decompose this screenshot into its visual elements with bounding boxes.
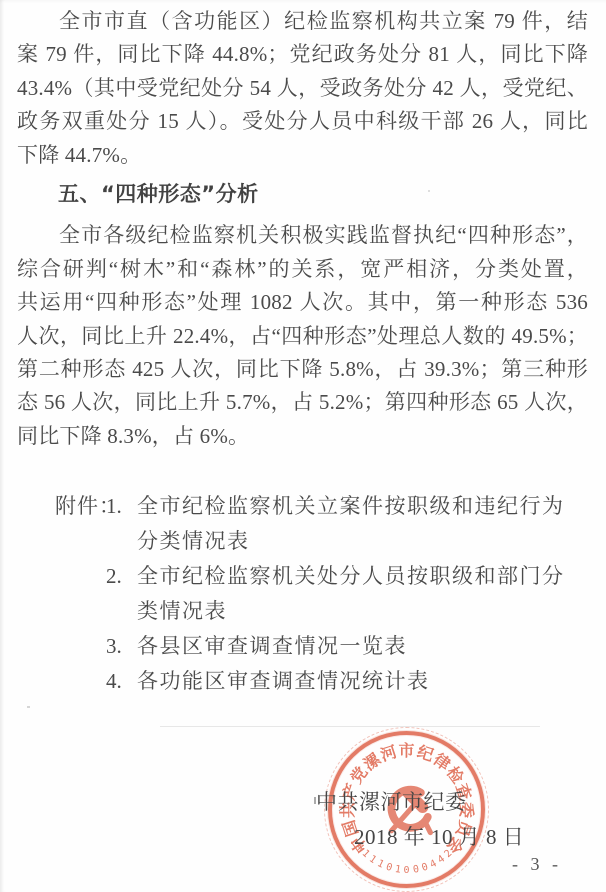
attachment-title: 全市纪检监察机关处分人员按职级和部门分 (137, 559, 588, 594)
paragraph-line: 政务双重处分 15 人）。受处分人员中科级干部 26 人，同比 (17, 105, 588, 138)
section-heading: 五、“四种形态”分析 (17, 178, 588, 211)
attachment-title: 各县区审查调查情况一览表 (137, 629, 588, 664)
paragraph-line: 案 79 件，同比下降 44.8%；党纪政务处分 81 人，同比下降 (17, 38, 588, 71)
paragraph-line: 人次，同比上升 22.4%，占“四种形态”处理总人数的 49.5%； (17, 320, 588, 353)
scan-speck (428, 190, 430, 192)
attachment-row: 附件： 1. 全市纪检监察机关立案件按职级和违纪行为 (17, 489, 588, 524)
attachments-list: 附件： 1. 全市纪检监察机关立案件按职级和违纪行为 分类情况表 2. 全市纪检… (17, 489, 588, 699)
paragraph-line: 综合研判“树木”和“森林”的关系，宽严相济，分类处置， (17, 253, 588, 286)
attachment-row: 4. 各功能区审查调查情况统计表 (17, 664, 588, 699)
attachment-row: 2. 全市纪检监察机关处分人员按职级和部门分 (17, 559, 588, 594)
paragraph-line: 态 56 人次，同比上升 5.7%，占 5.2%；第四种形态 65 人次， (17, 386, 588, 419)
attachment-number: 3. (106, 629, 137, 664)
issuing-authority: 中共漯河市纪委 (316, 787, 467, 817)
paragraph-line: 共运用“四种形态”处理 1082 人次。其中，第一种形态 536 (17, 286, 588, 319)
scan-speck (27, 706, 30, 708)
page-number: - 3 - (512, 851, 562, 877)
paragraph-line: 43.4%（其中受党纪处分 54 人，受政务处分 42 人，受党纪、 (17, 72, 588, 105)
scan-scratch (160, 726, 540, 727)
attachments-label: 附件： (17, 489, 106, 524)
attachment-title-continued: 类情况表 (137, 594, 588, 629)
attachment-row: 类情况表 (17, 594, 588, 629)
attachment-row: 分类情况表 (17, 524, 588, 559)
attachment-number: 4. (106, 664, 137, 699)
document-body: 全市市直（含功能区）纪检监察机构共立案 79 件，结 案 79 件，同比下降 4… (17, 5, 588, 453)
paragraph-line: 全市市直（含功能区）纪检监察机构共立案 79 件，结 (17, 5, 588, 38)
paragraph-1: 全市市直（含功能区）纪检监察机构共立案 79 件，结 案 79 件，同比下降 4… (17, 5, 588, 172)
paragraph-line: 第二种形态 425 人次，同比下降 5.8%，占 39.3%；第三种形 (17, 353, 588, 386)
attachment-title: 全市纪检监察机关立案件按职级和违纪行为 (137, 489, 588, 524)
attachment-row: 3. 各县区审查调查情况一览表 (17, 629, 588, 664)
attachment-title-continued: 分类情况表 (137, 524, 588, 559)
attachment-number: 1. (106, 489, 137, 524)
paragraph-2: 全市各级纪检监察机关积极实践监督执纪“四种形态”， 综合研判“树木”和“森林”的… (17, 219, 588, 453)
attachment-title: 各功能区审查调查情况统计表 (137, 664, 588, 699)
scan-speck (314, 797, 316, 804)
paragraph-line: 同比下降 8.3%，占 6%。 (17, 420, 588, 453)
attachment-number: 2. (106, 559, 137, 594)
document-date: 2018 年 10 月 8 日 (354, 822, 524, 852)
paragraph-line: 下降 44.7%。 (17, 139, 588, 172)
document-page: 全市市直（含功能区）纪检监察机构共立案 79 件，结 案 79 件，同比下降 4… (0, 0, 606, 892)
paragraph-line: 全市各级纪检监察机关积极实践监督执纪“四种形态”， (17, 219, 588, 252)
